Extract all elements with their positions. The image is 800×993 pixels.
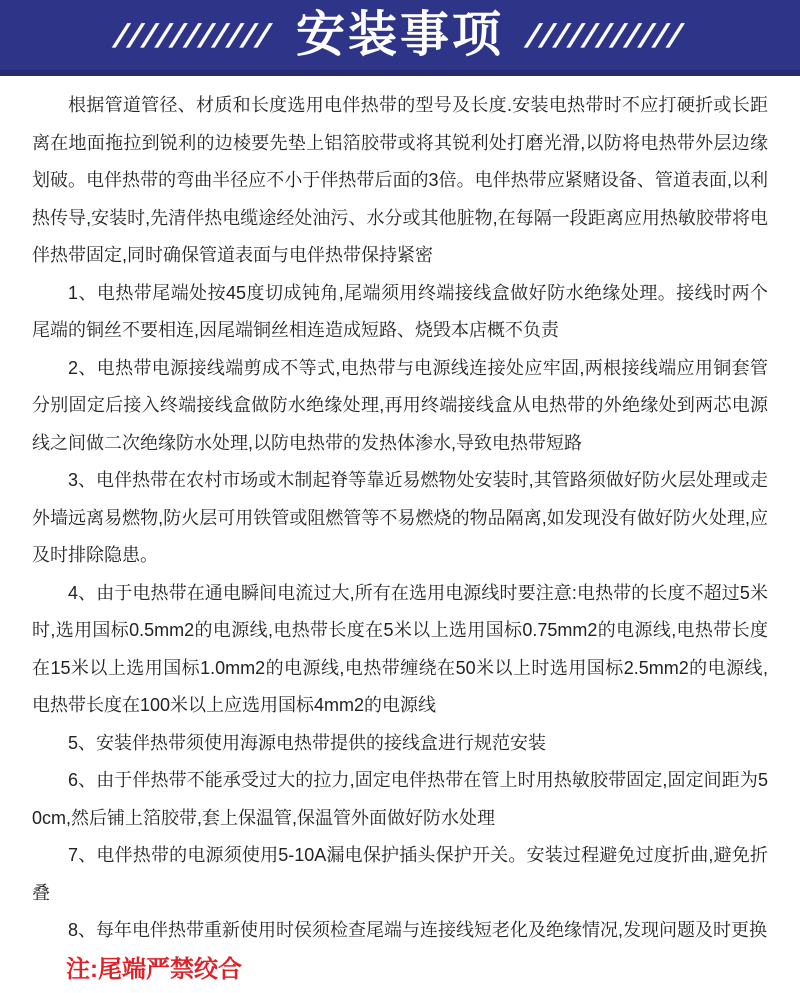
instruction-item-6: 6、由于伴热带不能承受过大的拉力,固定电伴热带在管上时用热敏胶带固定,固定间距为… [32,762,768,837]
instruction-item-3: 3、电伴热带在农村市场或木制起脊等靠近易燃物处安装时,其管路须做好防火层处理或走… [32,462,768,575]
decorative-slashes-left: /////////// [112,19,276,52]
instruction-item-2: 2、电热带电源接线端剪成不等式,电热带与电源线连接处应牢固,两根接线端应用铜套管… [32,350,768,463]
decorative-slashes-right: /////////// [524,19,688,52]
instruction-item-1: 1、电热带尾端处按45度切成钝角,尾端须用终端接线盒做好防水绝缘处理。接线时两个… [32,275,768,350]
instruction-item-5: 5、安装伴热带须使用海源电热带提供的接线盒进行规范安装 [32,725,768,763]
instruction-item-8: 8、每年电伴热带重新使用时侯须检查尾端与连接线短老化及绝缘情况,发现问题及时更换 [32,912,768,950]
page-title: 安装事项 [296,11,504,60]
document-body: 根据管道管径、材质和长度选用电伴热带的型号及长度.安装电热带时不应打硬折或长距离… [0,76,800,987]
header-banner: /////////// 安装事项 /////////// [0,0,800,76]
page: /////////// 安装事项 /////////// 根据管道管径、材质和长… [0,0,800,993]
instruction-item-7: 7、电伴热带的电源须使用5-10A漏电保护插头保护开关。安装过程避免过度折曲,避… [32,837,768,912]
warning-note: 注:尾端严禁绞合 [66,953,768,987]
intro-paragraph: 根据管道管径、材质和长度选用电伴热带的型号及长度.安装电热带时不应打硬折或长距离… [32,87,768,275]
instruction-item-4: 4、由于电热带在通电瞬间电流过大,所有在选用电源线时要注意:电热带的长度不超过5… [32,575,768,725]
